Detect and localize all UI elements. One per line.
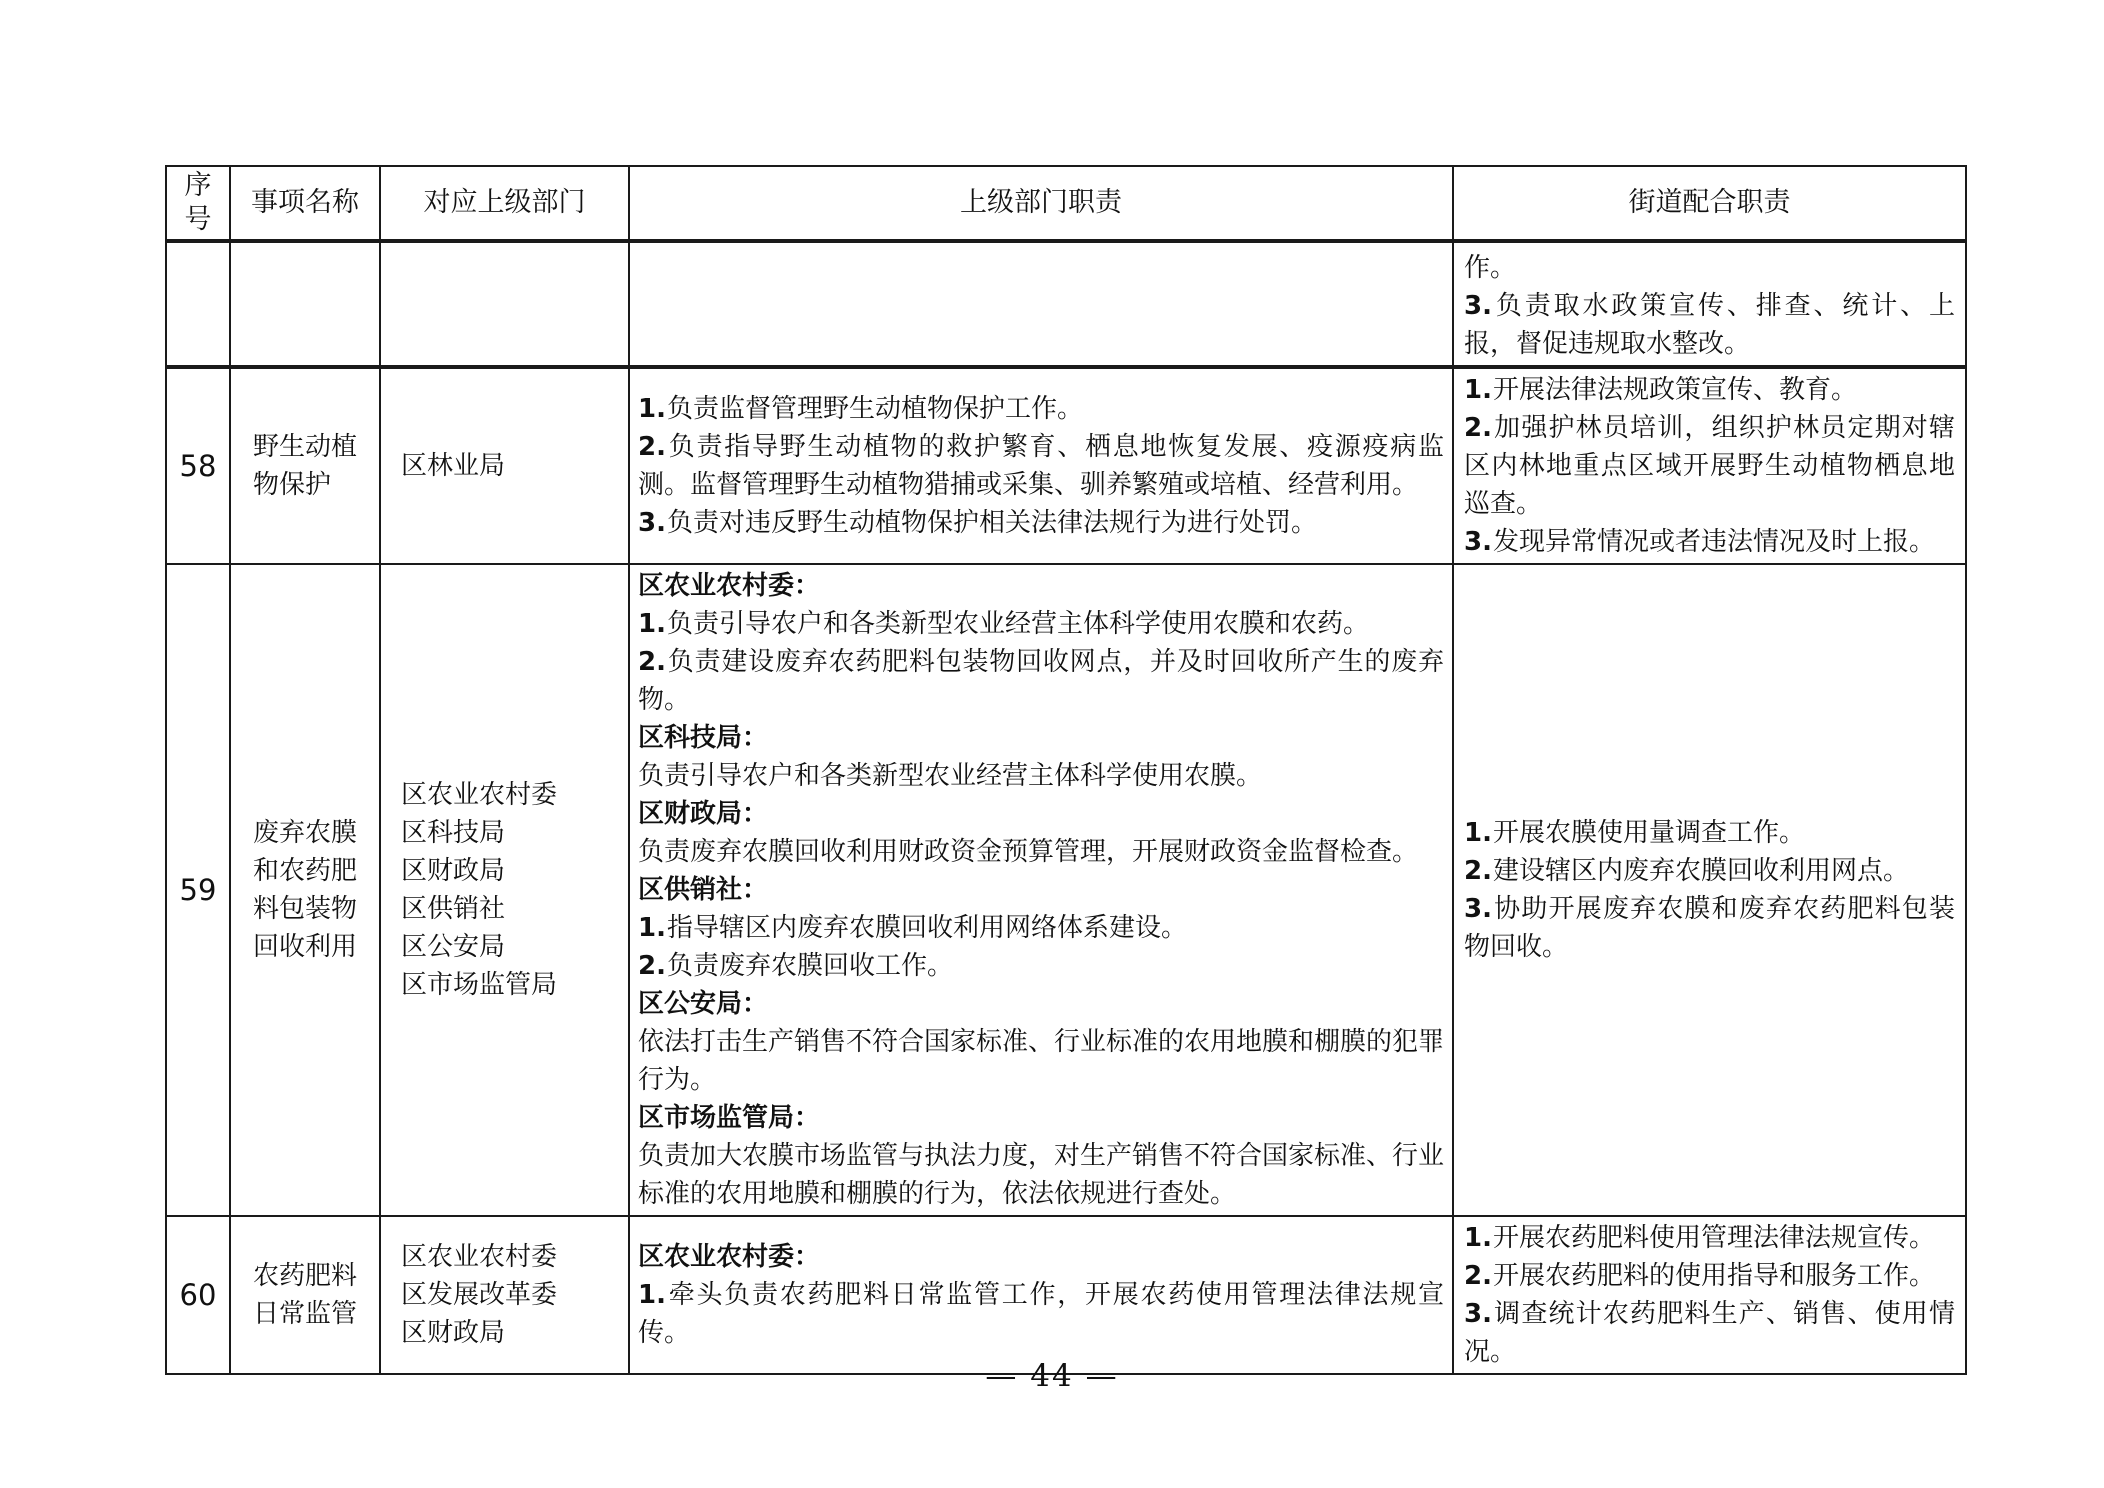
list-number: 1. [638,1280,667,1310]
duty-line: 负责废弃农膜回收利用财政资金预算管理，开展财政资金监督检查。 [638,833,1444,871]
list-number: 3. [1464,291,1493,321]
duty-line: 3.协助开展废弃农膜和废弃农药肥料包装物回收。 [1464,890,1955,966]
list-number: 2. [638,951,667,981]
cell-cont-seq [166,241,230,367]
duty-line: 区发展改革委 [401,1276,620,1314]
duty-line: 3.发现异常情况或者违法情况及时上报。 [1464,523,1955,561]
list-number: 2. [1464,413,1493,443]
row-59: 59 废弃农膜和农药肥料包装物回收利用 区农业农村委区科技局区财政局区供销社区公… [166,564,1966,1216]
duty-line: 依法打击生产销售不符合国家标准、行业标准的农用地膜和棚膜的犯罪行为。 [638,1023,1444,1099]
cell-58-street-duties: 1.开展法律法规政策宣传、教育。2.加强护林员培训，组织护林员定期对辖区内林地重… [1453,367,1966,564]
row-60: 60 农药肥料日常监管 区农业农村委区发展改革委区财政局 区农业农村委：1.牵头… [166,1216,1966,1374]
duty-line: 区供销社 [401,890,620,928]
cell-59-street-duties: 1.开展农膜使用量调查工作。2.建设辖区内废弃农膜回收利用网点。3.协助开展废弃… [1453,564,1966,1216]
duty-line: 2.建设辖区内废弃农膜回收利用网点。 [1464,852,1955,890]
dept-heading: 区科技局： [638,719,1444,757]
dept-heading: 区财政局： [638,795,1444,833]
duty-line: 区林业局 [401,447,620,485]
header-superior-duties: 上级部门职责 [629,166,1453,241]
cell-59-dept: 区农业农村委区科技局区财政局区供销社区公安局区市场监管局 [380,564,629,1216]
list-number: 1. [638,609,667,639]
header-item-name: 事项名称 [230,166,380,241]
list-number: 1. [1464,1223,1493,1253]
dept-heading: 区公安局： [638,985,1444,1023]
duty-line: 区农业农村委 [401,1238,620,1276]
list-number: 2. [638,647,667,677]
duty-line: 2.加强护林员培训，组织护林员定期对辖区内林地重点区域开展野生动植物栖息地巡查。 [1464,409,1955,523]
cell-59-name: 废弃农膜和农药肥料包装物回收利用 [230,564,380,1216]
cell-60-seq: 60 [166,1216,230,1374]
page-number: — 44 — [0,1358,2104,1394]
duty-line: 区财政局 [401,852,620,890]
duty-line: 1.开展农药肥料使用管理法律法规宣传。 [1464,1219,1955,1257]
duty-line: 区财政局 [401,1314,620,1352]
duty-table: 序 号 事项名称 对应上级部门 上级部门职责 街道配合职责 作。3.负责取水政策… [165,165,1967,1375]
list-number: 3. [1464,527,1493,557]
dept-heading: 区市场监管局： [638,1099,1444,1137]
dept-heading: 区农业农村委： [638,567,1444,605]
cell-cont-name [230,241,380,367]
header-seq: 序 号 [166,166,230,241]
duty-line: 2.负责废弃农膜回收工作。 [638,947,1444,985]
cell-cont-superior-duties [629,241,1453,367]
cell-59-seq: 59 [166,564,230,1216]
duty-line: 1.牵头负责农药肥料日常监管工作，开展农药使用管理法律法规宣传。 [638,1276,1444,1352]
duty-line: 区公安局 [401,928,620,966]
list-number: 1. [638,394,667,424]
duty-line: 作。 [1464,249,1955,287]
duty-line: 1.负责引导农户和各类新型农业经营主体科学使用农膜和农药。 [638,605,1444,643]
list-number: 2. [1464,1261,1493,1291]
row-58: 58 野生动植物保护 区林业局 1.负责监督管理野生动植物保护工作。2.负责指导… [166,367,1966,564]
header-street-duties: 街道配合职责 [1453,166,1966,241]
header-dept: 对应上级部门 [380,166,629,241]
list-number: 2. [638,432,667,462]
row-continuation: 作。3.负责取水政策宣传、排查、统计、上报，督促违规取水整改。 [166,241,1966,367]
cell-60-street-duties: 1.开展农药肥料使用管理法律法规宣传。2.开展农药肥料的使用指导和服务工作。3.… [1453,1216,1966,1374]
list-number: 1. [1464,818,1493,848]
duty-line: 负责加大农膜市场监管与执法力度，对生产销售不符合国家标准、行业标准的农用地膜和棚… [638,1137,1444,1213]
duty-line: 3.负责对违反野生动植物保护相关法律法规行为进行处罚。 [638,504,1444,542]
list-number: 1. [1464,375,1493,405]
table-header-row: 序 号 事项名称 对应上级部门 上级部门职责 街道配合职责 [166,166,1966,241]
list-number: 1. [638,913,667,943]
duty-line: 负责引导农户和各类新型农业经营主体科学使用农膜。 [638,757,1444,795]
duty-line: 2.开展农药肥料的使用指导和服务工作。 [1464,1257,1955,1295]
list-number: 3. [1464,1299,1493,1329]
duty-line: 区科技局 [401,814,620,852]
duty-line: 3.负责取水政策宣传、排查、统计、上报，督促违规取水整改。 [1464,287,1955,363]
cell-58-seq: 58 [166,367,230,564]
cell-cont-street-duties: 作。3.负责取水政策宣传、排查、统计、上报，督促违规取水整改。 [1453,241,1966,367]
cell-58-dept: 区林业局 [380,367,629,564]
dept-heading: 区供销社： [638,871,1444,909]
duty-line: 区农业农村委 [401,776,620,814]
duty-line: 2.负责建设废弃农药肥料包装物回收网点，并及时回收所产生的废弃物。 [638,643,1444,719]
list-number: 3. [638,508,667,538]
dept-heading: 区农业农村委： [638,1238,1444,1276]
duty-line: 1.开展农膜使用量调查工作。 [1464,814,1955,852]
cell-59-superior-duties: 区农业农村委：1.负责引导农户和各类新型农业经营主体科学使用农膜和农药。2.负责… [629,564,1453,1216]
cell-60-name: 农药肥料日常监管 [230,1216,380,1374]
cell-60-dept: 区农业农村委区发展改革委区财政局 [380,1216,629,1374]
duty-line: 1.指导辖区内废弃农膜回收利用网络体系建设。 [638,909,1444,947]
cell-60-superior-duties: 区农业农村委：1.牵头负责农药肥料日常监管工作，开展农药使用管理法律法规宣传。 [629,1216,1453,1374]
cell-58-name: 野生动植物保护 [230,367,380,564]
cell-cont-dept [380,241,629,367]
duty-line: 1.负责监督管理野生动植物保护工作。 [638,390,1444,428]
duty-line: 1.开展法律法规政策宣传、教育。 [1464,371,1955,409]
duty-line: 区市场监管局 [401,966,620,1004]
list-number: 3. [1464,894,1493,924]
cell-58-superior-duties: 1.负责监督管理野生动植物保护工作。2.负责指导野生动植物的救护繁育、栖息地恢复… [629,367,1453,564]
duty-line: 2.负责指导野生动植物的救护繁育、栖息地恢复发展、疫源疫病监测。监督管理野生动植… [638,428,1444,504]
list-number: 2. [1464,856,1493,886]
